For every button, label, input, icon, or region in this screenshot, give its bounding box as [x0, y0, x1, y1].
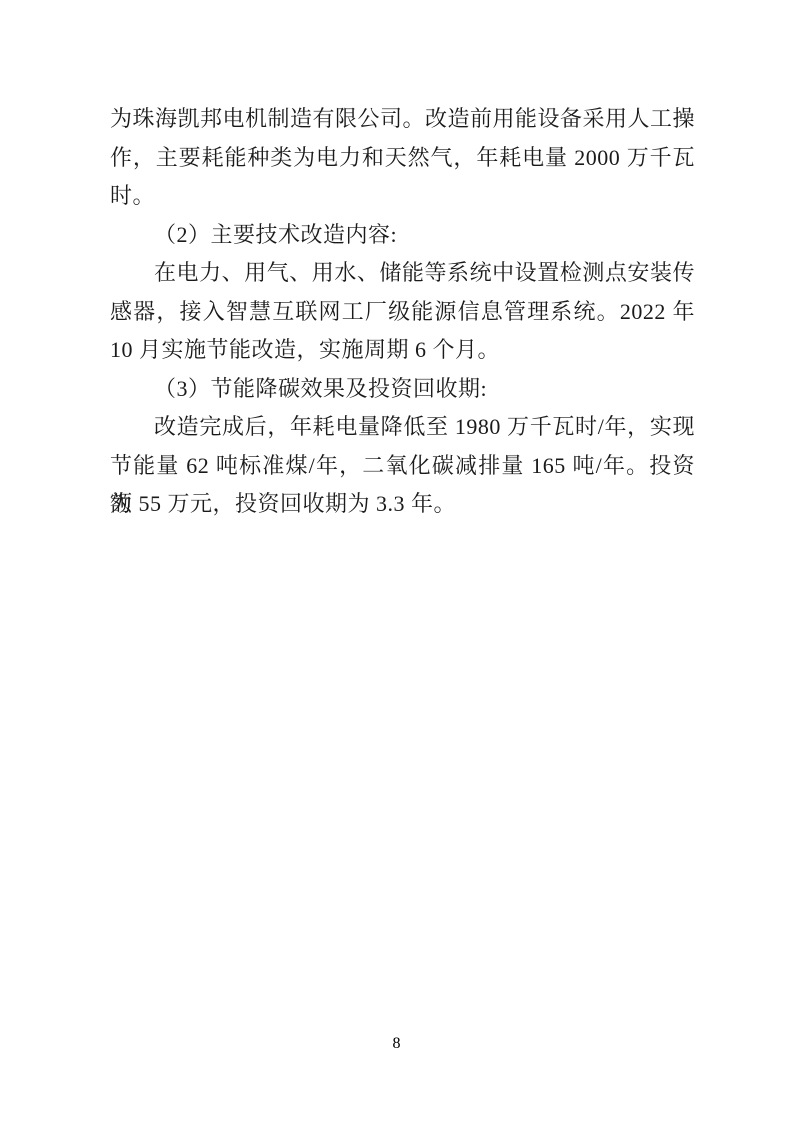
paragraph-continuation: 为珠海凯邦电机制造有限公司。改造前用能设备采用人工操 作，主要耗能种类为电力和天… — [110, 100, 695, 216]
section-heading-line: （2）主要技术改造内容: — [110, 216, 695, 255]
body-line: 节能量 62 吨标准煤/年，二氧化碳减排量 165 吨/年。投资额 — [110, 447, 695, 486]
document-page: 为珠海凯邦电机制造有限公司。改造前用能设备采用人工操 作，主要耗能种类为电力和天… — [0, 0, 793, 1123]
body-line: 改造完成后，年耗电量降低至 1980 万千瓦时/年，实现 — [110, 408, 695, 447]
body-line: 作，主要耗能种类为电力和天然气，年耗电量 2000 万千瓦 — [110, 139, 695, 178]
body-line: 在电力、用气、用水、储能等系统中设置检测点安装传 — [110, 254, 695, 293]
body-line: 感器，接入智慧互联网工厂级能源信息管理系统。2022 年 — [110, 293, 695, 332]
paragraph-section-3-heading: （3）节能降碳效果及投资回收期: — [110, 370, 695, 409]
body-text-block: 为珠海凯邦电机制造有限公司。改造前用能设备采用人工操 作，主要耗能种类为电力和天… — [110, 100, 695, 524]
body-line: 为珠海凯邦电机制造有限公司。改造前用能设备采用人工操 — [110, 100, 695, 139]
paragraph-section-3-body: 改造完成后，年耗电量降低至 1980 万千瓦时/年，实现 节能量 62 吨标准煤… — [110, 408, 695, 524]
page-number: 8 — [393, 1035, 401, 1052]
paragraph-section-2-body: 在电力、用气、用水、储能等系统中设置检测点安装传 感器，接入智慧互联网工厂级能源… — [110, 254, 695, 370]
body-line: 时。 — [110, 177, 695, 216]
section-heading-line: （3）节能降碳效果及投资回收期: — [110, 370, 695, 409]
body-line: 10 月实施节能改造，实施周期 6 个月。 — [110, 331, 695, 370]
paragraph-section-2-heading: （2）主要技术改造内容: — [110, 216, 695, 255]
body-line: 为 55 万元，投资回收期为 3.3 年。 — [110, 485, 695, 524]
page-footer: 8 — [0, 1034, 793, 1054]
